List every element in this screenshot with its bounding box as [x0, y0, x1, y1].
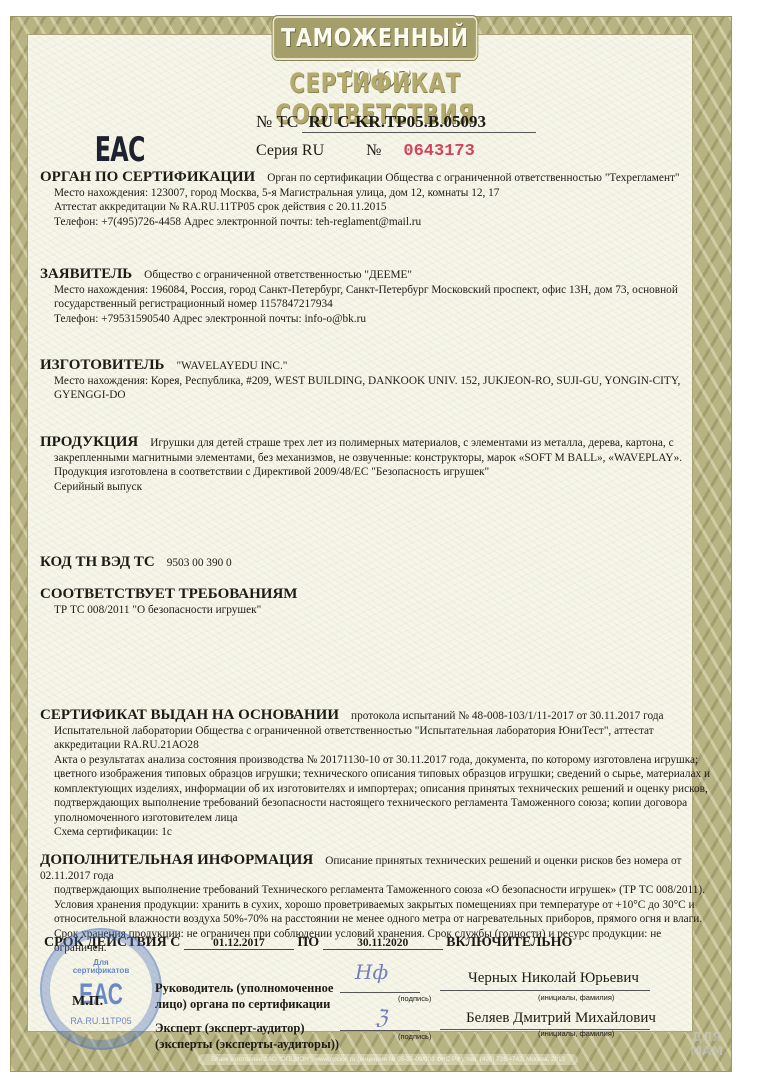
printer-footer: Бланк изготовлен ЗАО "ОПЦИОН", www.opcio…: [198, 1054, 578, 1065]
section-line: Телефон: +7(495)726-4458 Адрес электронн…: [54, 215, 715, 230]
blank-number: 0643173: [403, 142, 474, 161]
expert-name: Беляев Дмитрий Михайлович: [466, 1010, 656, 1027]
section-line: Место нахождения: 123007, город Москва, …: [54, 186, 715, 201]
tc-number-line: № ТС RU C-KR.ТР05.В.05093: [256, 112, 536, 133]
label-line: Руководитель (уполномоченное: [155, 980, 333, 996]
name-caption: (инициалы, фамилия): [538, 993, 614, 1002]
section-requirements: СООТВЕТСТВУЕТ ТРЕБОВАНИЯМ ТР ТС 008/2011…: [40, 587, 715, 617]
stamp-code: RA.RU.11ТР05: [42, 1016, 160, 1026]
section-line: Серийный выпуск: [54, 480, 715, 495]
section-manufacturer: ИЗГОТОВИТЕЛЬ"WAVELAYEDU INC." Место нахо…: [40, 358, 715, 403]
section-heading: КОД ТН ВЭД ТС: [40, 554, 155, 570]
name-caption: (инициалы, фамилия): [538, 1029, 614, 1038]
section-lead: Игрушки для детей страше трех лет из пол…: [150, 437, 673, 449]
eac-logo-icon: ЕАС: [95, 130, 145, 170]
section-certification-body: ОРГАН ПО СЕРТИФИКАЦИИОрган по сертификац…: [40, 170, 715, 229]
section-heading: ДОПОЛНИТЕЛЬНАЯ ИНФОРМАЦИЯ: [40, 852, 313, 868]
section-line: Место нахождения: Корея, Республика, #20…: [54, 374, 715, 403]
section-line: Схема сертификации: 1с: [54, 825, 715, 840]
label-line: (эксперты (эксперты-аудиторы)): [155, 1036, 339, 1052]
validity-to-label: ПО: [297, 935, 319, 950]
section-heading: ПРОДУКЦИЯ: [40, 434, 138, 450]
section-hs-code: КОД ТН ВЭД ТС9503 00 390 0: [40, 555, 715, 571]
series-line: Серия RU № 0643173: [256, 142, 475, 161]
section-line: закрепленными магнитными элементами, без…: [54, 451, 715, 466]
section-heading: ЗАЯВИТЕЛЬ: [40, 266, 132, 282]
watermark-text: ДЛЯ: [690, 1030, 723, 1044]
section-line: Продукция изготовлена в соответствии с Д…: [54, 465, 715, 480]
section-lead: Орган по сертификации Общества с огранич…: [267, 172, 679, 184]
stamp-text: сертификатов: [42, 966, 160, 975]
watermark: ДЛЯ МАМ: [690, 1030, 723, 1058]
customs-union-banner: ТАМОЖЕННЫЙ СОЮЗ: [273, 16, 478, 60]
series-label: Серия RU: [256, 142, 324, 159]
expert-signature-line: [340, 1030, 420, 1031]
section-line: Испытательной лаборатории Общества с огр…: [54, 724, 715, 753]
section-heading: ОРГАН ПО СЕРТИФИКАЦИИ: [40, 169, 255, 185]
validity-to-date: 30.11.2020: [323, 937, 443, 950]
section-lead: "WAVELAYEDU INC.": [176, 360, 287, 372]
number-label: №: [366, 142, 381, 159]
tc-number: RU C-KR.ТР05.В.05093: [302, 112, 536, 133]
section-heading: ИЗГОТОВИТЕЛЬ: [40, 357, 164, 373]
signature-caption: (подпись): [398, 994, 431, 1003]
section-heading: СООТВЕТСТВУЕТ ТРЕБОВАНИЯМ: [40, 586, 297, 602]
label-line: лицо) органа по сертификации: [155, 996, 333, 1012]
head-signature-line: [340, 992, 420, 993]
certification-stamp: Для сертификатов ЕАС RA.RU.11ТР05: [40, 928, 162, 1050]
section-line: Место нахождения: 196084, Россия, город …: [54, 283, 715, 312]
section-applicant: ЗАЯВИТЕЛЬОбщество с ограниченной ответст…: [40, 267, 715, 326]
validity-suffix: ВКЛЮЧИТЕЛЬНО: [446, 935, 572, 950]
validity-from-date: 01.12.2017: [184, 937, 294, 950]
section-heading: СЕРТИФИКАТ ВЫДАН НА ОСНОВАНИИ: [40, 707, 339, 723]
section-lead: Общество с ограниченной ответственностью…: [144, 269, 412, 281]
watermark-text: МАМ: [690, 1044, 723, 1058]
head-name: Черных Николай Юрьевич: [468, 970, 639, 987]
head-signature-label: Руководитель (уполномоченное лицо) орган…: [155, 980, 333, 1012]
section-line: ТР ТС 008/2011 "О безопасности игрушек": [54, 603, 715, 618]
expert-signature-label: Эксперт (эксперт-аудитор) (эксперты (экс…: [155, 1020, 339, 1052]
label-line: Эксперт (эксперт-аудитор): [155, 1020, 339, 1036]
section-line: Аттестат аккредитации № RA.RU.11ТР05 сро…: [54, 200, 715, 215]
seal-place-label: М.П.: [72, 994, 103, 1010]
section-lead: протокола испытаний № 48-008-103/1/11-20…: [351, 710, 664, 722]
expert-signature-scribble: ℨ: [375, 1005, 387, 1029]
section-line: Акта о результатах анализа состояния про…: [54, 753, 715, 826]
section-product: ПРОДУКЦИЯИгрушки для детей страше трех л…: [40, 435, 715, 494]
section-basis: СЕРТИФИКАТ ВЫДАН НА ОСНОВАНИИпротокола и…: [40, 708, 715, 840]
tc-label: № ТС: [256, 112, 298, 131]
head-signature-scribble: Нф: [355, 960, 388, 984]
hs-code-value: 9503 00 390 0: [167, 557, 232, 569]
head-name-line: [440, 990, 650, 991]
signature-caption: (подпись): [398, 1032, 431, 1041]
section-line: Телефон: +79531590540 Адрес электронной …: [54, 312, 715, 327]
